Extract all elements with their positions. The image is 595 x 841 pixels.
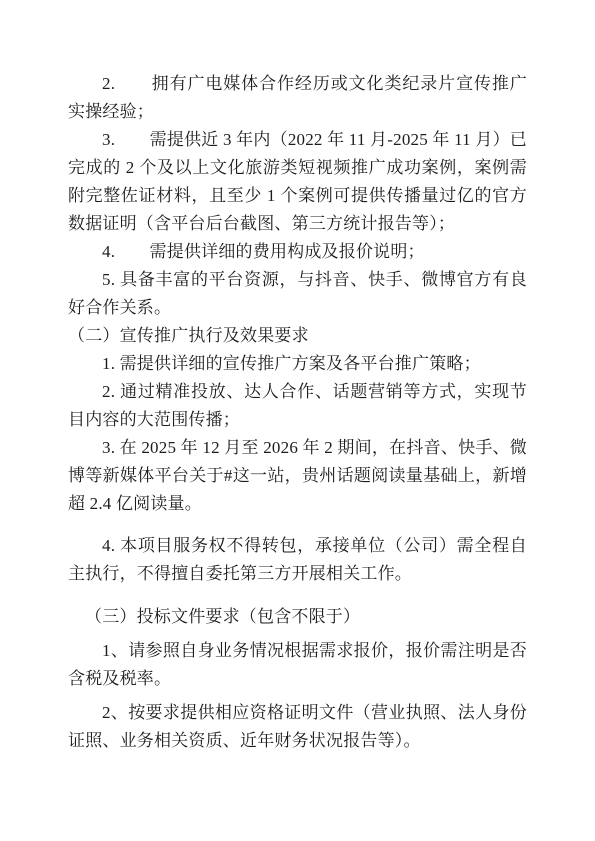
section-three-item-1: 1、请参照自身业务情况根据需求报价，报价需注明是否含税及税率。 xyxy=(68,637,527,693)
list-item-3: 3. 需提供近 3 年内（2022 年 11 月-2025 年 11 月）已完成… xyxy=(68,126,527,238)
section-heading-three: （三）投标文件要求（包含不限于） xyxy=(68,603,527,631)
section-two-item-1: 1. 需提供详细的宣传推广方案及各平台推广策略； xyxy=(68,350,527,378)
document-page: 2. 拥有广电媒体合作经历或文化类纪录片宣传推广实操经验； 3. 需提供近 3 … xyxy=(0,0,595,841)
section-three-item-2: 2、按要求提供相应资格证明文件（营业执照、法人身份证照、业务相关资质、近年财务状… xyxy=(68,699,527,755)
list-item-4: 4. 需提供详细的费用构成及报价说明； xyxy=(68,238,527,266)
section-two-item-3: 3. 在 2025 年 12 月至 2026 年 2 期间，在抖音、快手、微博等… xyxy=(68,434,527,518)
section-two-item-4: 4. 本项目服务权不得转包，承接单位（公司）需全程自主执行，不得擅自委托第三方开… xyxy=(68,532,527,588)
list-item-5: 5. 具备丰富的平台资源，与抖音、快手、微博官方有良好合作关系。 xyxy=(68,266,527,322)
list-item-2: 2. 拥有广电媒体合作经历或文化类纪录片宣传推广实操经验； xyxy=(68,70,527,126)
section-heading-two: （二）宣传推广执行及效果要求 xyxy=(68,322,527,350)
section-two-item-2: 2. 通过精准投放、达人合作、话题营销等方式，实现节目内容的大范围传播； xyxy=(68,378,527,434)
